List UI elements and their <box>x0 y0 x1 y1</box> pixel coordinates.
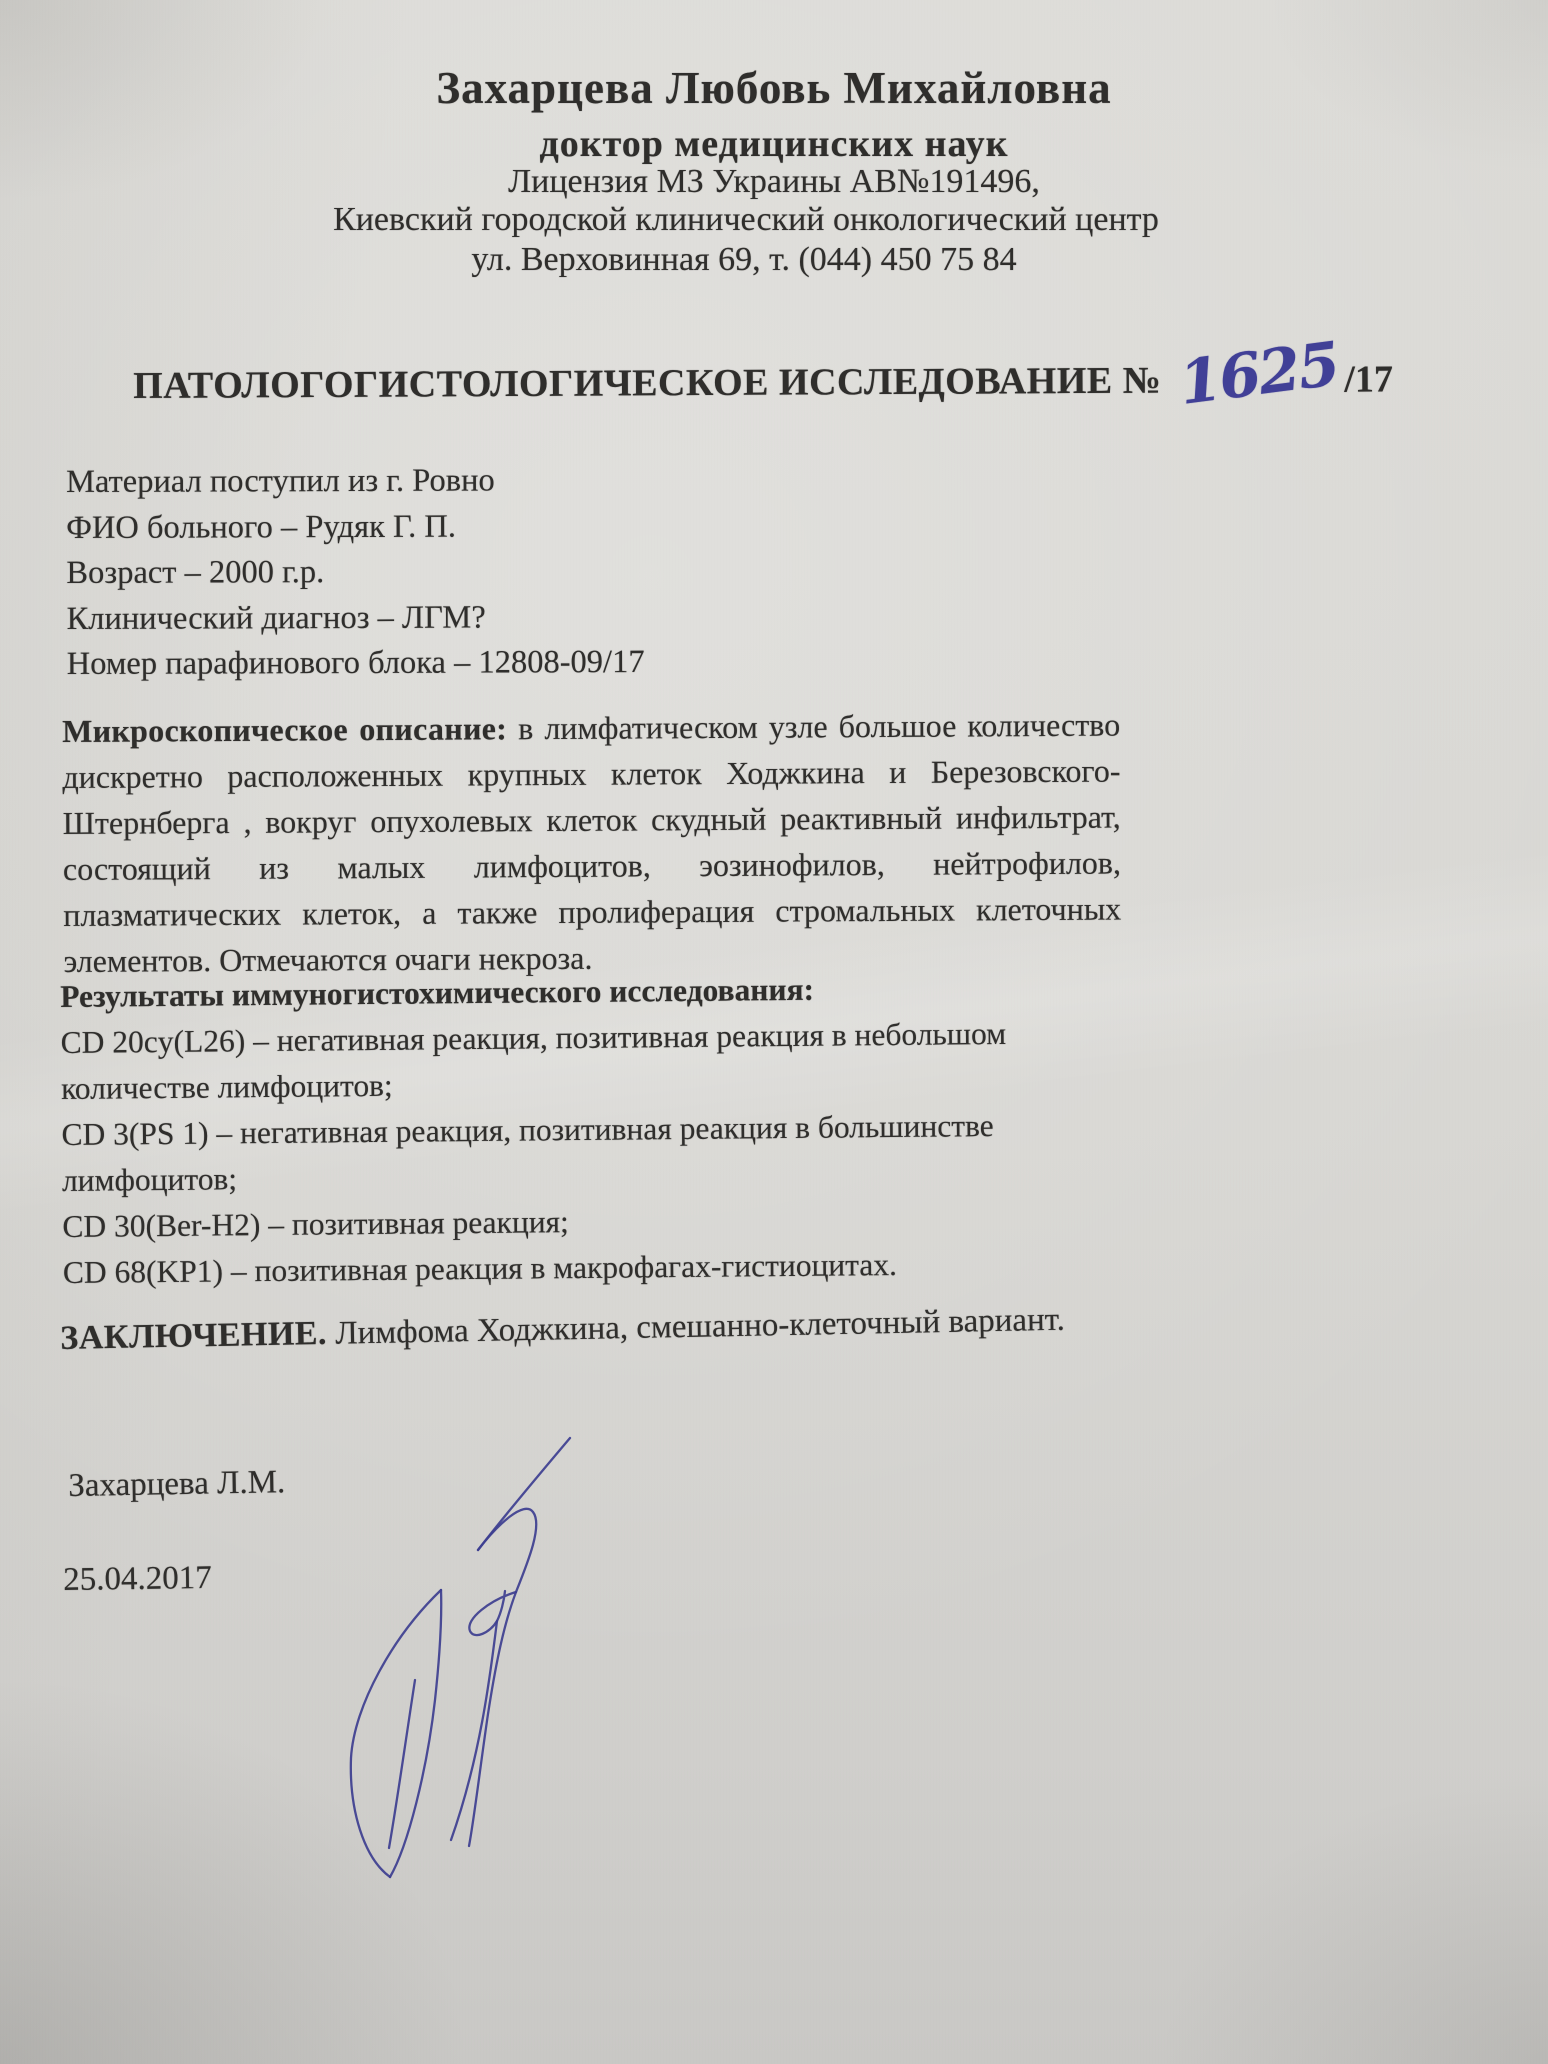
conclusion-section: ЗАКЛЮЧЕНИЕ. Лимфома Ходжкина, смешанно-к… <box>60 1299 1161 1358</box>
ihc-section: Результаты иммуногистохимического исслед… <box>60 964 1131 1296</box>
patient-name-line: ФИО больного – Рудяк Г. П. <box>66 503 644 551</box>
microscopic-section: Микроскопическое описание: в лимфатическ… <box>62 702 1122 984</box>
ihc-result-row: CD 68(KP1) – позитивная реакция в макроф… <box>63 1240 1131 1296</box>
signature-stroke <box>390 1590 441 1877</box>
microscopic-label: Микроскопическое описание: <box>62 710 507 749</box>
clinic-line: Киевский городской клинический онкологич… <box>0 201 1520 239</box>
ihc-result-row: CD 3(PS 1) – негативная реакция, позитив… <box>61 1102 1130 1204</box>
address-line: ул. Верховинная 69, т. (044) 450 75 84 <box>0 241 1518 279</box>
signatory-name: Захарцева Л.М. <box>68 1464 286 1505</box>
report-title-label: ПАТОЛОГОГИСТОЛОГИЧЕСКОЕ ИССЛЕДОВАНИЕ № <box>133 360 1161 407</box>
material-origin-line: Материал поступил из г. Ровно <box>66 458 644 506</box>
signature-ink <box>338 1428 583 1893</box>
license-line: Лицензия МЗ Украины АВ№191496, <box>0 163 1548 201</box>
signature-stroke <box>351 1590 441 1877</box>
case-number-handwritten: 1625 <box>1178 344 1341 404</box>
case-number-suffix: /17 <box>1344 358 1393 400</box>
report-date: 25.04.2017 <box>63 1560 212 1599</box>
paraffin-block-line: Номер парафинового блока – 12808-09/17 <box>67 640 645 688</box>
diagnosis-line: Клинический диагноз – ЛГМ? <box>66 594 644 642</box>
conclusion-text: Лимфома Ходжкина, смешанно-клеточный вар… <box>327 1302 1066 1352</box>
conclusion-label: ЗАКЛЮЧЕНИЕ. <box>60 1315 327 1357</box>
signature-stroke <box>469 1509 536 1846</box>
doctor-degree: доктор медицинских наук <box>0 122 1548 166</box>
ihc-result-row: CD 20cy(L26) – негативная реакция, позит… <box>60 1010 1129 1112</box>
age-line: Возраст – 2000 г.р. <box>66 549 644 597</box>
doctor-name: Захарцева Любовь Михайловна <box>0 62 1548 114</box>
report-title: ПАТОЛОГОГИСТОЛОГИЧЕСКОЕ ИССЛЕДОВАНИЕ №16… <box>133 351 1393 408</box>
document-photo: Захарцева Любовь Михайловна доктор медиц… <box>0 0 1548 2064</box>
patient-info: Материал поступил из г. Ровно ФИО больно… <box>66 458 645 688</box>
